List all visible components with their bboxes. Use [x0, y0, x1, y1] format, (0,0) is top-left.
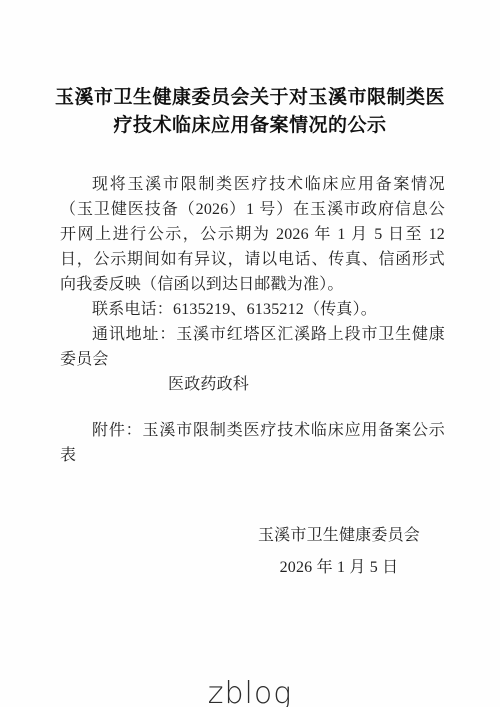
- signature-inner: 玉溪市卫生健康委员会 2026 年 1 月 5 日: [258, 523, 420, 580]
- document-title-line-1: 玉溪市卫生健康委员会关于对玉溪市限制类医: [40, 84, 460, 112]
- attachment-line: 附件：玉溪市限制类医疗技术临床应用备案公示表: [60, 418, 445, 468]
- contact-address-dept-line: 医政药政科: [60, 372, 445, 397]
- signature-block: 玉溪市卫生健康委员会 2026 年 1 月 5 日: [0, 523, 500, 580]
- contact-address-line: 通讯地址：玉溪市红塔区汇溪路上段市卫生健康委员会: [60, 322, 445, 372]
- document-body: 现将玉溪市限制类医疗技术临床应用备案情况（玉卫健医技备（2026）1 号）在玉溪…: [60, 172, 445, 468]
- document-page: 玉溪市卫生健康委员会关于对玉溪市限制类医 疗技术临床应用备案情况的公示 现将玉溪…: [0, 0, 500, 707]
- document-title: 玉溪市卫生健康委员会关于对玉溪市限制类医 疗技术临床应用备案情况的公示: [40, 84, 460, 140]
- contact-phone-line: 联系电话：6135219、6135212（传真）。: [60, 297, 445, 322]
- signature-organization: 玉溪市卫生健康委员会: [258, 523, 420, 548]
- signature-date: 2026 年 1 月 5 日: [258, 555, 420, 580]
- intro-paragraph: 现将玉溪市限制类医疗技术临床应用备案情况（玉卫健医技备（2026）1 号）在玉溪…: [60, 172, 445, 297]
- document-title-line-2: 疗技术临床应用备案情况的公示: [40, 112, 460, 140]
- site-watermark: zblog: [0, 676, 500, 707]
